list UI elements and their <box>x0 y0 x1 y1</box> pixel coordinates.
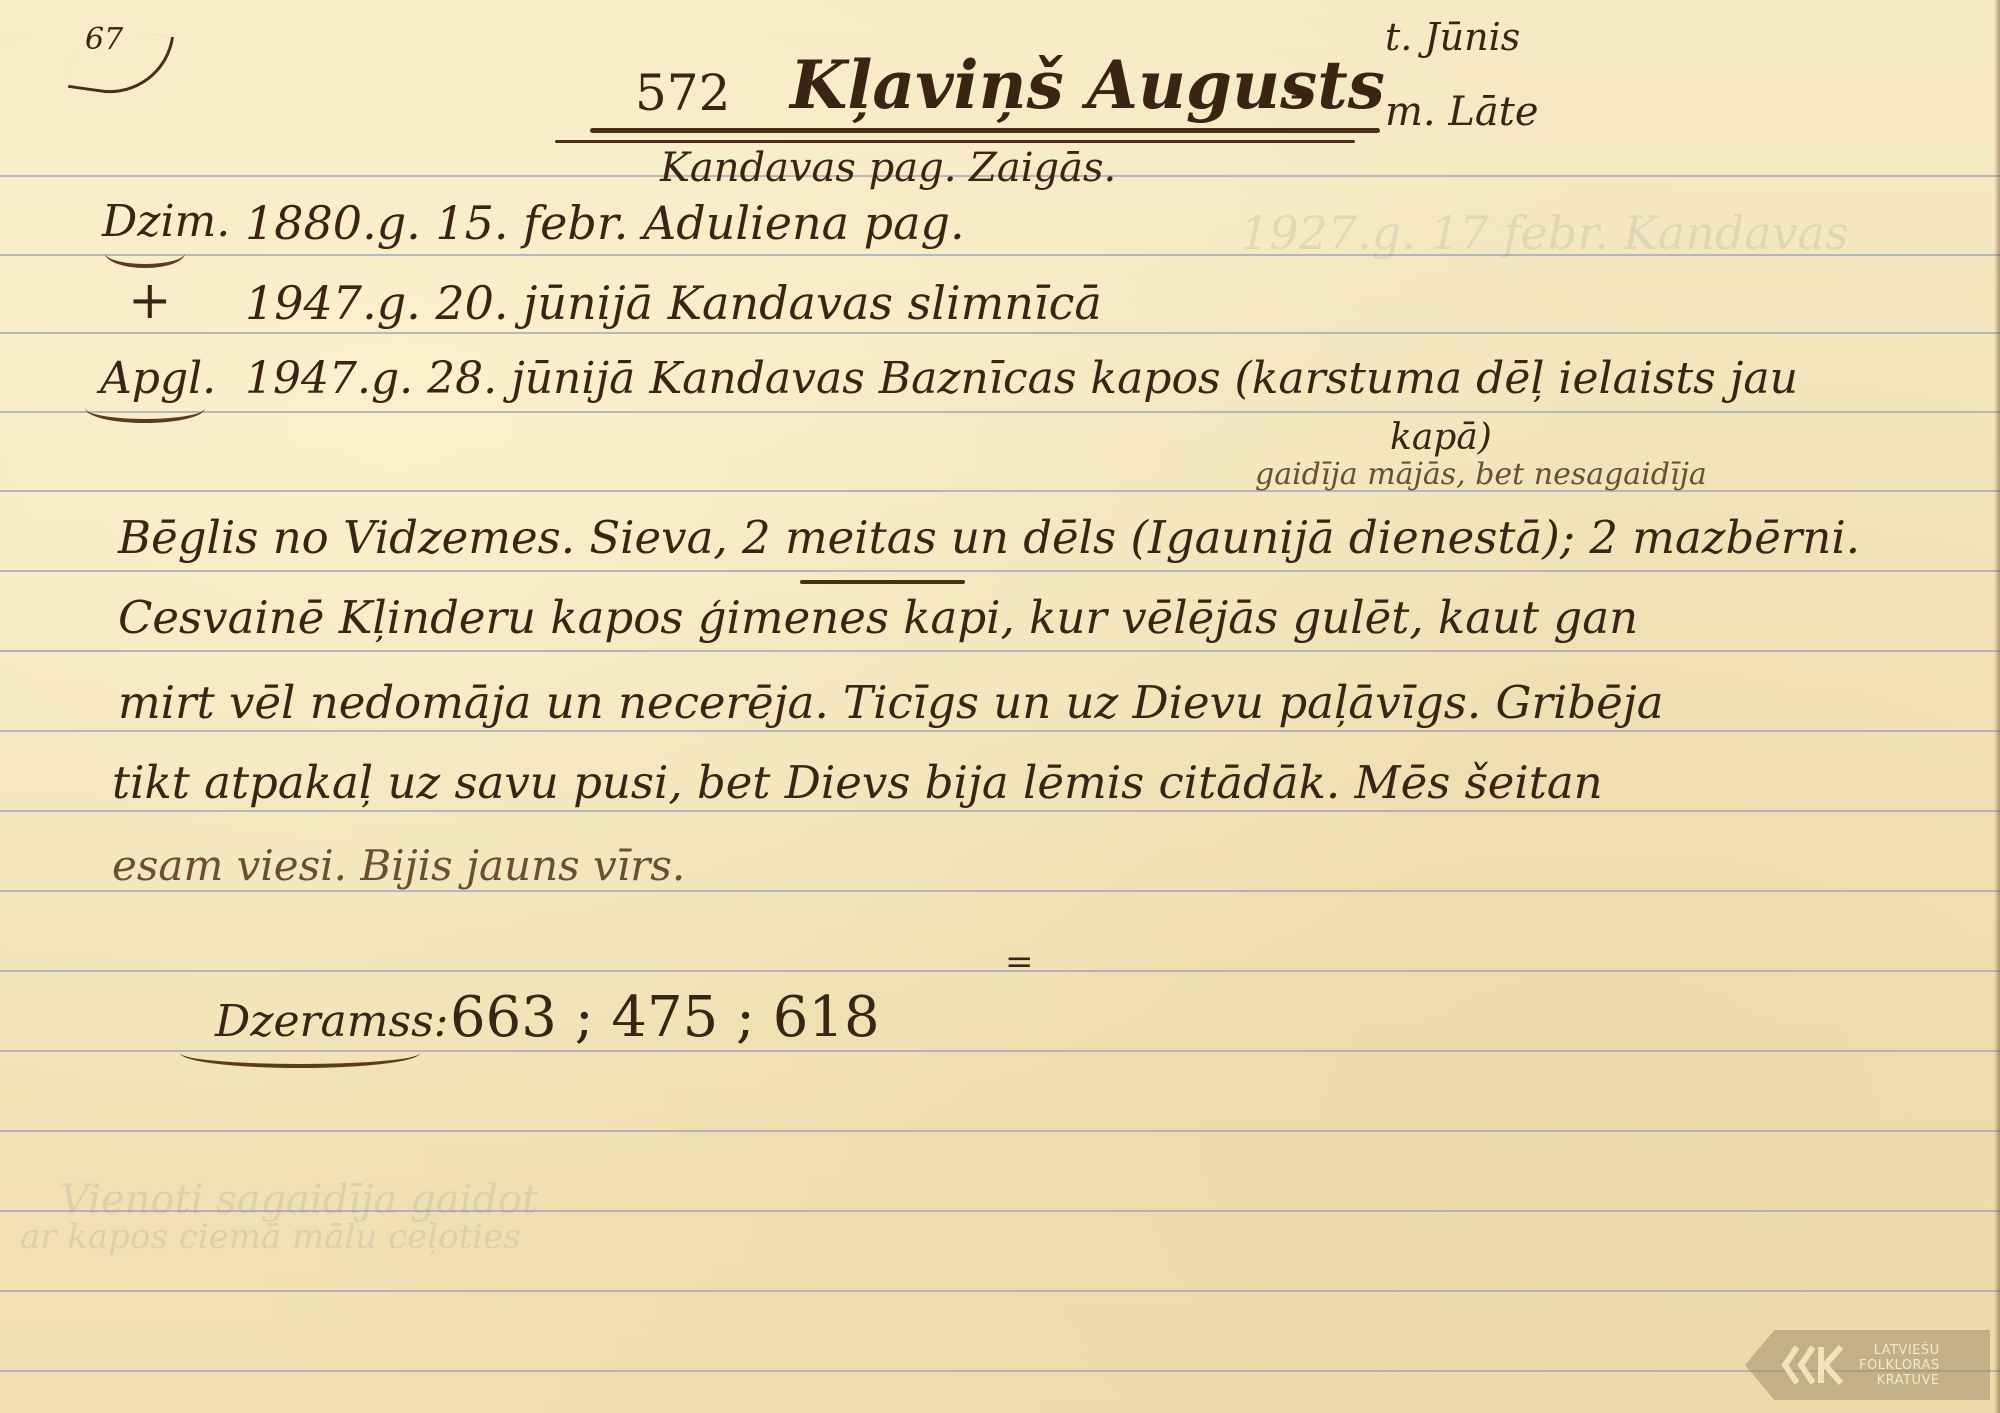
watermark-line: KRATUVE <box>1877 1373 1940 1388</box>
small-equals-mark: = <box>1005 945 1034 979</box>
title-underline <box>590 128 1380 133</box>
narrative-line: esam viesi. Bijis jauns vīrs. <box>112 845 685 887</box>
ruled-line <box>0 570 2000 572</box>
ruled-line <box>0 1290 2000 1292</box>
collector-note: t. Jūnis <box>1385 18 1520 56</box>
bleed-through-text: 1927.g. 17 febr. Kandavas <box>1240 210 1849 256</box>
birth-label-underline <box>105 250 185 268</box>
title-underline <box>555 140 1355 143</box>
references-label-underline <box>180 1050 420 1068</box>
watermark-line: FOLKLORAS <box>1859 1358 1940 1373</box>
birth-label: Dzim. <box>102 200 230 244</box>
ruled-line <box>0 890 2000 892</box>
record-number: 572 <box>635 68 730 118</box>
archive-watermark: LATVIEŠU FOLKLORAS KRATUVE <box>1745 1330 1990 1400</box>
watermark-line: LATVIEŠU <box>1874 1343 1940 1358</box>
bleed-through-text: ar kapos ciemā mālu ceļoties <box>20 1220 521 1254</box>
page-number-arc <box>68 23 174 101</box>
death-label: + <box>128 275 172 327</box>
location: Kandavas pag. Zaigās. <box>660 148 1116 188</box>
death-record: 1947.g. 20. jūnijā Kandavas slimnīcā <box>245 280 1102 326</box>
children-underline <box>800 580 965 584</box>
references-values: 663 ; 475 ; 618 <box>450 990 880 1046</box>
bleed-through-text: Vienoti sagaidīja gaidot <box>60 1180 538 1220</box>
lfk-logo-icon <box>1779 1330 1849 1400</box>
narrative-line: mirt vēl nedomāja un necerēja. Ticīgs un… <box>118 680 1664 725</box>
ruled-line <box>0 332 2000 334</box>
manuscript-page: 1927.g. 17 febr. Kandavas Vienoti sagaid… <box>0 0 2000 1413</box>
narrative-line: tikt atpakaļ uz savu pusi, bet Dievs bij… <box>112 760 1603 805</box>
page-edge <box>1994 0 2000 1413</box>
ruled-line <box>0 1130 2000 1132</box>
ruled-line <box>0 970 2000 972</box>
ruled-line <box>0 1370 2000 1372</box>
narrative-line: Bēglis no Vidzemes. Sieva, 2 meitas un d… <box>118 515 1860 560</box>
narrative-line: Cesvainē Kļinderu kapos ģimenes kapi, ku… <box>118 595 1638 640</box>
burial-record-continuation: kapā) <box>1390 420 1492 456</box>
collector-note: m. Lāte <box>1385 92 1539 132</box>
interlinear-note: gaidīja mājās, bet nesagaidīja <box>1255 460 1707 490</box>
burial-record: 1947.g. 28. jūnijā Kandavas Baznīcas kap… <box>245 357 1798 401</box>
ruled-line <box>0 730 2000 732</box>
ruled-line <box>0 810 2000 812</box>
burial-label: Apgl. <box>100 357 216 401</box>
references-label: Dzeramss: <box>215 1000 448 1044</box>
burial-label-underline <box>85 405 205 423</box>
birth-record: 1880.g. 15. febr. Aduliena pag. <box>245 200 965 246</box>
ruled-line <box>0 411 2000 413</box>
watermark-text: LATVIEŠU FOLKLORAS KRATUVE <box>1859 1343 1940 1388</box>
name-dash: - <box>1290 75 1304 115</box>
ruled-line <box>0 650 2000 652</box>
